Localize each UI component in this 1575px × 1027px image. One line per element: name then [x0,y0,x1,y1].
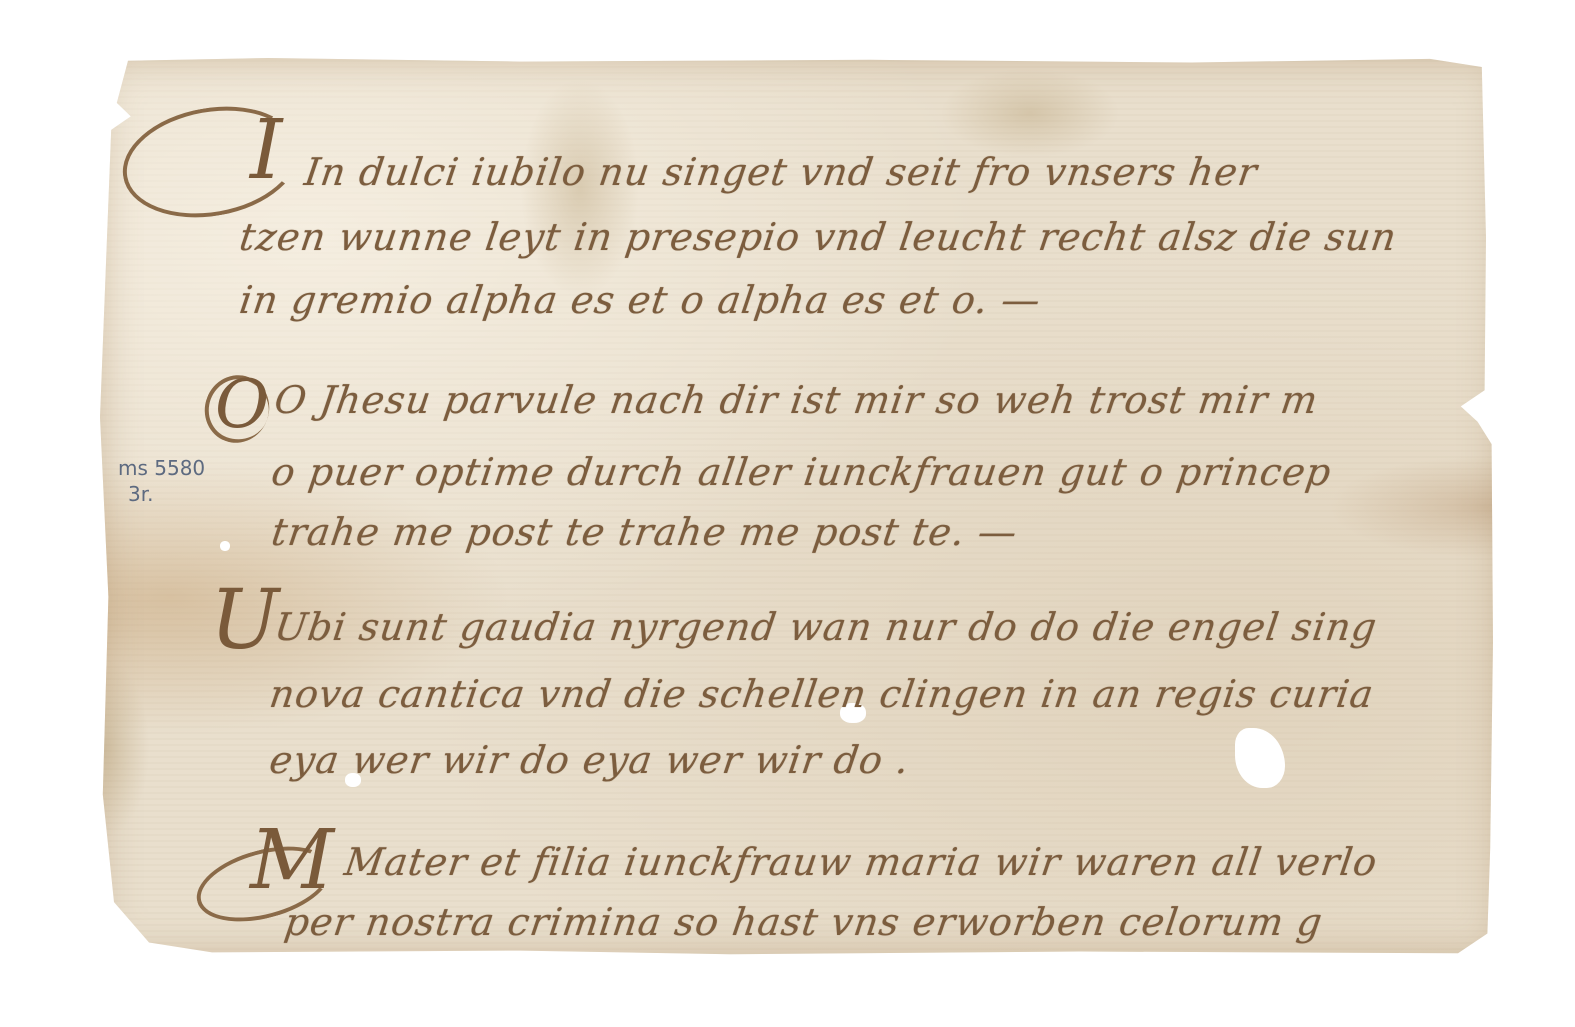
text-line: In dulci iubilo nu singet vnd seit fro v… [302,150,1261,194]
water-stain [940,68,1120,158]
initial-letter: O [215,372,269,438]
edge-stain [60,658,150,838]
text-line: o puer optime durch aller iunckfrauen gu… [269,450,1335,494]
text-line: Mater et filia iunckfrauw maria wir ware… [342,840,1380,884]
paper-hole [1235,728,1285,788]
text-line: in gremio alpha es et o alpha es et o. — [237,278,1044,322]
text-line: eya wer wir do eya wer wir do . [267,738,913,782]
text-line: nova cantica vnd die schellen clingen in… [267,672,1377,716]
text-line: trahe me post te trahe me post te. — [269,510,1021,554]
initial-letter: M [250,820,334,902]
text-line: Ubi sunt gaudia nyrgend wan nur do do di… [272,605,1380,649]
paper-hole [220,541,230,551]
text-line: per nostra crimina so hast vns erworben … [282,900,1326,944]
shelfmark-collection: ms 5580 [118,455,205,481]
initial-letter: I [250,110,282,192]
text-line: O Jhesu parvule nach dir ist mir so weh … [272,378,1321,422]
shelfmark-folio: 3r. [118,481,205,507]
text-line: tzen wunne leyt in presepio vnd leucht r… [237,215,1400,259]
shelfmark-annotation: ms 5580 3r. [118,455,205,507]
initial-letter: U [210,580,279,662]
